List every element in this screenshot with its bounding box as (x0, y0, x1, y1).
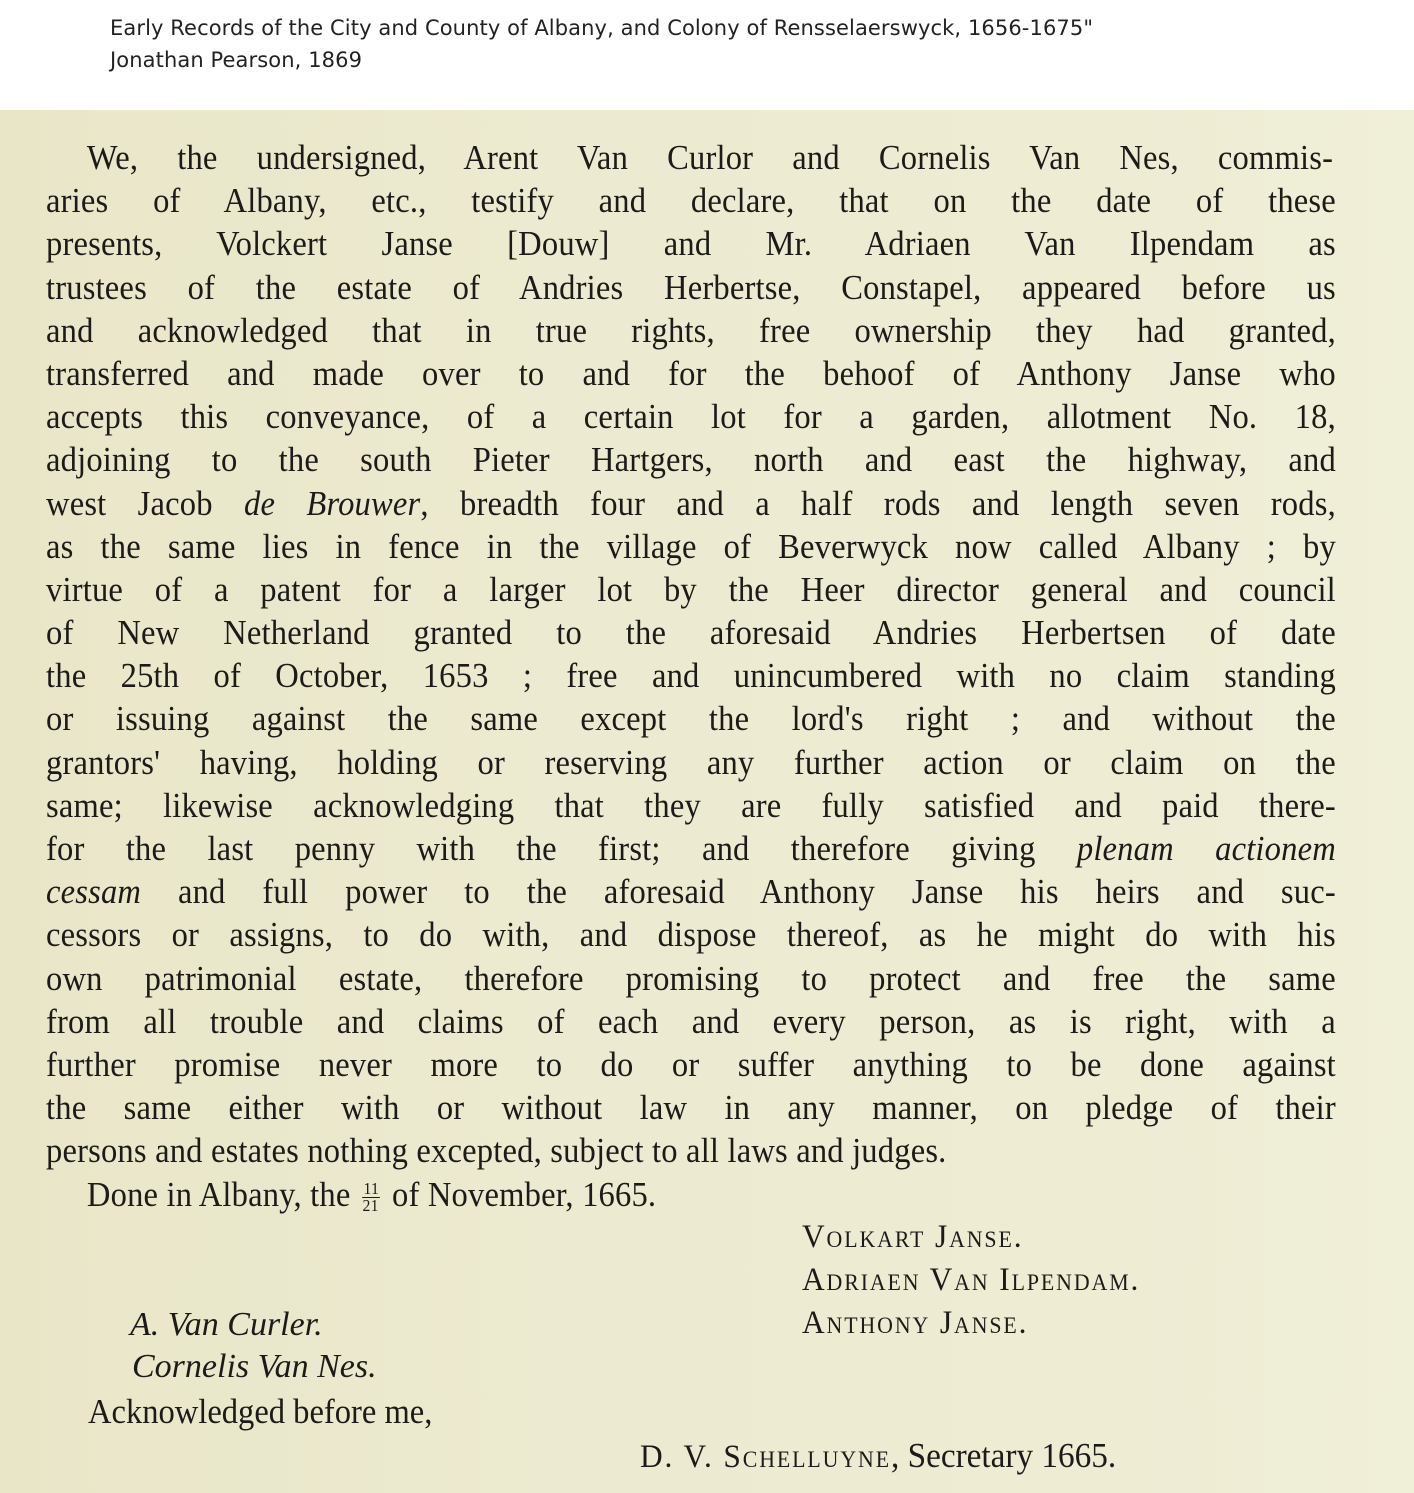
text-line: as the same lies in fence in the village… (46, 525, 1336, 568)
text-line: We, the undersigned, Arent Van Curlor an… (46, 136, 1333, 179)
signature-van-nes: Cornelis Van Nes. (130, 1346, 377, 1388)
text-line: from all trouble and claims of each and … (46, 1000, 1336, 1043)
text-line: grantors' having, holding or reserving a… (46, 741, 1336, 784)
signature-adriaen-van-ilpendam: Adriaen Van Ilpendam. (802, 1259, 1140, 1302)
signature-van-curler: A. Van Curler. (130, 1304, 377, 1346)
text-line: or issuing against the same except the l… (46, 697, 1336, 740)
text-line: the 25th of October, 1653 ; free and uni… (46, 654, 1336, 697)
text-line: transferred and made over to and for the… (46, 352, 1336, 395)
date-text: of November, 1665. (384, 1175, 657, 1214)
deed-text: We, the undersigned, Arent Van Curlor an… (46, 136, 1336, 1216)
text-line: persons and estates nothing excepted, su… (46, 1129, 1336, 1172)
text-line: own patrimonial estate, therefore promis… (46, 957, 1336, 1000)
text-segment: for the last penny with the first; and t… (46, 829, 1077, 868)
text-line: same; likewise acknowledging that they a… (46, 784, 1336, 827)
caption-author: Jonathan Pearson, 1869 (110, 44, 1093, 76)
text-line: accepts this conveyance, of a certain lo… (46, 395, 1336, 438)
text-line: west Jacob de Brouwer, breadth four and … (46, 482, 1336, 525)
text-line: virtue of a patent for a larger lot by t… (46, 568, 1336, 611)
italic-name: de Brouwer (244, 484, 420, 523)
text-line: further promise never more to do or suff… (46, 1043, 1336, 1086)
secretary-title: , Secretary 1665. (891, 1436, 1116, 1475)
text-line: cessam and full power to the aforesaid A… (46, 870, 1336, 913)
latin-phrase: plenam actionem (1077, 829, 1336, 868)
text-segment: , breadth four and a half rods and lengt… (420, 484, 1335, 523)
text-line: adjoining to the south Pieter Hartgers, … (46, 438, 1336, 481)
secretary-signature: D. V. Schelluyne, Secretary 1665. (640, 1436, 1116, 1476)
text-line: cessors or assigns, to do with, and disp… (46, 913, 1336, 956)
text-segment: and full power to the aforesaid Anthony … (141, 872, 1336, 911)
acknowledgment-line: Acknowledged before me, (88, 1392, 432, 1432)
signature-anthony-janse: Anthony Janse. (802, 1302, 1140, 1345)
grantor-signatures: Volkart Janse. Adriaen Van Ilpendam. Ant… (802, 1216, 1140, 1345)
text-line: and acknowledged that in true rights, fr… (46, 309, 1336, 352)
secretary-name: D. V. Schelluyne (640, 1439, 891, 1475)
text-line: the same either with or without law in a… (46, 1086, 1336, 1129)
text-line: trustees of the estate of Andries Herber… (46, 266, 1336, 309)
text-line: aries of Albany, etc., testify and decla… (46, 179, 1336, 222)
image-caption: Early Records of the City and County of … (110, 12, 1093, 76)
text-segment: west Jacob (46, 484, 244, 523)
fraction-denominator: 21 (363, 1198, 380, 1214)
caption-title: Early Records of the City and County of … (110, 12, 1093, 44)
date-fraction: 1121 (363, 1181, 380, 1214)
date-line: Done in Albany, the 1121 of November, 16… (46, 1173, 1377, 1216)
text-line: presents, Volckert Janse [Douw] and Mr. … (46, 222, 1336, 265)
date-text: Done in Albany, the (87, 1175, 359, 1214)
latin-phrase: cessam (46, 872, 141, 911)
commissary-signatures: A. Van Curler. Cornelis Van Nes. (130, 1304, 377, 1388)
scanned-page: We, the undersigned, Arent Van Curlor an… (0, 110, 1414, 1493)
text-line: of New Netherland granted to the aforesa… (46, 611, 1336, 654)
signature-volkart-janse: Volkart Janse. (802, 1216, 1140, 1259)
text-line: for the last penny with the first; and t… (46, 827, 1336, 870)
